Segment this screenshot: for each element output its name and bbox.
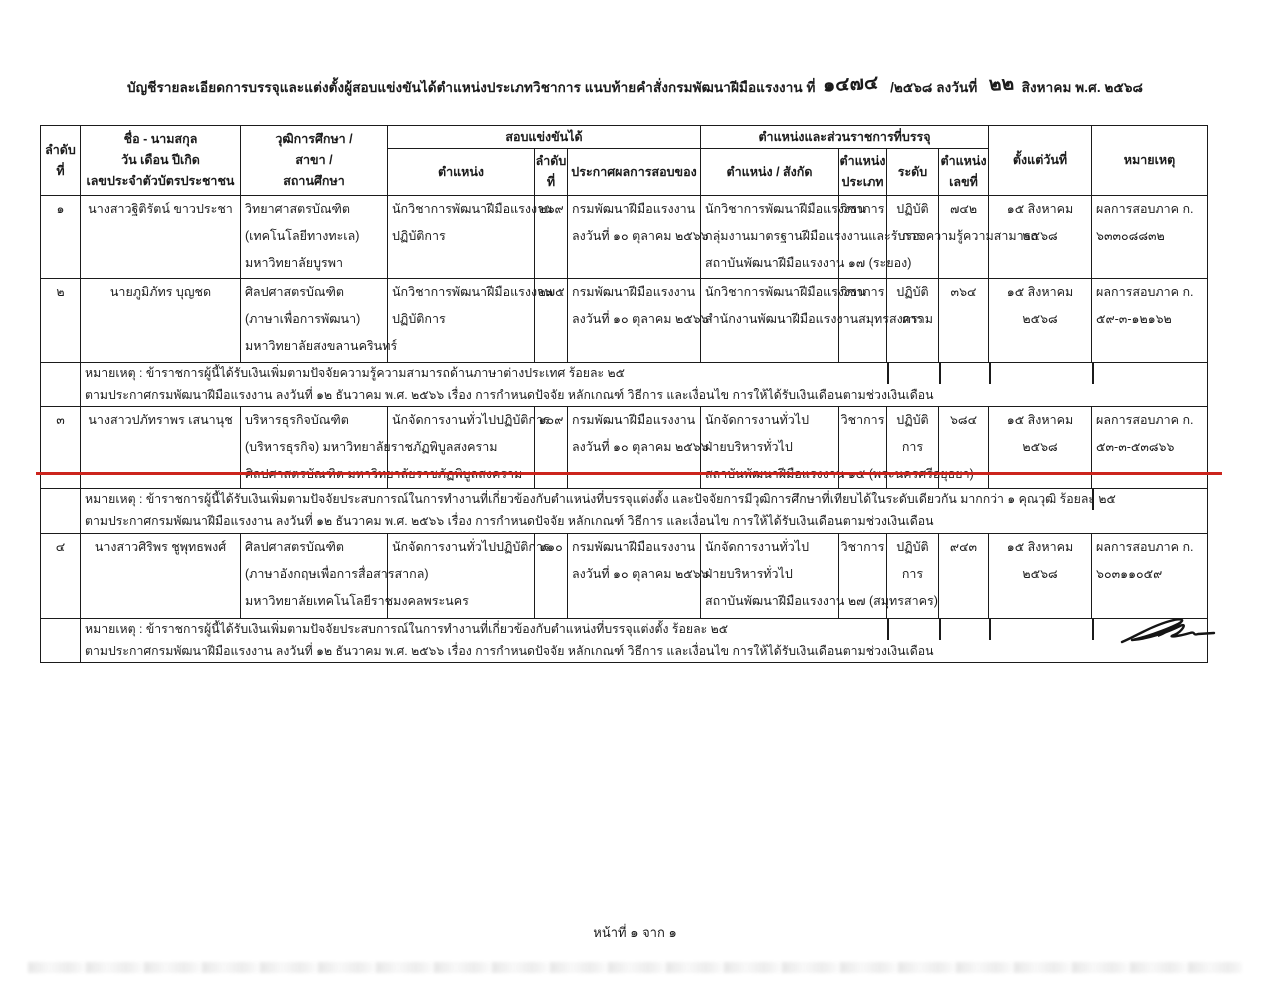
cell-name: นางสาวฐิติรัตน์ ขาวประชา (81, 196, 241, 279)
cell-remark: ผลการสอบภาค ก. ๕๓-๓-๕๓๘๖๖ (1092, 407, 1208, 489)
col-header-appoint-position: ตำแหน่ง / สังกัด (701, 149, 839, 196)
cell-appoint-position: นักวิชาการพัฒนาฝีมือแรงงาน สำนักงานพัฒนา… (701, 279, 839, 363)
group-header-appointment: ตำแหน่งและส่วนราชการที่บรรจุ (701, 126, 989, 149)
col-header-remark: หมายเหตุ (1092, 126, 1208, 196)
cell-name: นายภูมิภัทร บุญชด (81, 279, 241, 363)
cell-exam-position: นักวิชาการพัฒนาฝีมือแรงงาน ปฏิบัติการ (388, 279, 535, 363)
title-middle: /๒๕๖๘ ลงวันที่ (890, 80, 977, 95)
col-header-name: ชื่อ - นามสกุล วัน เดือน ปีเกิด เลขประจำ… (81, 126, 241, 196)
title-prefix: บัญชีรายละเอียดการบรรจุและแต่งตั้งผู้สอบ… (127, 80, 816, 95)
appointment-table: ลำดับ ที่ ชื่อ - นามสกุล วัน เดือน ปีเกิ… (40, 125, 1208, 663)
note-cell: หมายเหตุ : ข้าราชการผู้นี้ได้รับเงินเพิ่… (81, 363, 1208, 407)
signature-scribble (1118, 606, 1220, 652)
cell-exam-announce: กรมพัฒนาฝีมือแรงงาน ลงวันที่ ๑๐ ตุลาคม ๒… (568, 407, 701, 489)
cell-exam-rank: ๑๑๐ (535, 534, 568, 619)
cell-effective-date: ๑๕ สิงหาคม ๒๕๖๘ (989, 279, 1092, 363)
note-row: หมายเหตุ : ข้าราชการผู้นี้ได้รับเงินเพิ่… (41, 489, 1208, 534)
document-title: บัญชีรายละเอียดการบรรจุและแต่งตั้งผู้สอบ… (0, 76, 1270, 98)
table-row: ๓ นางสาวปภัทราพร เสนานุช บริหารธุรกิจบัณ… (41, 407, 1208, 489)
border-stub (939, 363, 941, 384)
cell-name: นางสาวศิริพร ชูพุทธพงศ์ (81, 534, 241, 619)
border-stub (887, 363, 889, 384)
border-stub (1092, 489, 1094, 510)
col-header-type: ตำแหน่ง ประเภท (839, 149, 887, 196)
cell-appoint-position: นักจัดการงานทั่วไป ฝ่ายบริหารทั่วไป สถาบ… (701, 407, 839, 489)
cell-position-no: ๓๖๔ (939, 279, 989, 363)
cell-exam-announce: กรมพัฒนาฝีมือแรงงาน ลงวันที่ ๑๐ ตุลาคม ๒… (568, 534, 701, 619)
col-header-exam-position: ตำแหน่ง (388, 149, 535, 196)
cell-education: บริหารธุรกิจบัณฑิต (บริหารธุรกิจ) มหาวิท… (241, 407, 388, 489)
col-header-exam-rank: ลำดับ ที่ (535, 149, 568, 196)
scanned-document-page: บัญชีรายละเอียดการบรรจุและแต่งตั้งผู้สอบ… (0, 0, 1270, 981)
note-row: หมายเหตุ : ข้าราชการผู้นี้ได้รับเงินเพิ่… (41, 363, 1208, 407)
cell-education: วิทยาศาสตรบัณฑิต (เทคโนโลยีทางทะเล) มหาว… (241, 196, 388, 279)
cell-no: ๒ (41, 279, 81, 363)
handwritten-doc-number: ๑๔๗๔ (822, 74, 878, 96)
cell-exam-rank: ๒๖๙ (535, 196, 568, 279)
border-stub (887, 619, 889, 640)
cell-exam-position: นักวิชาการพัฒนาฝีมือแรงงาน ปฏิบัติการ (388, 196, 535, 279)
cell-remark: ผลการสอบภาค ก. ๕๙-๓-๑๒๑๖๒ (1092, 279, 1208, 363)
cell-remark: ผลการสอบภาค ก. ๖๓๓๐๘๘๓๒ (1092, 196, 1208, 279)
cell-no: ๑ (41, 196, 81, 279)
cell-exam-rank: ๑๐๙ (535, 407, 568, 489)
page-number: หน้าที่ ๑ จาก ๑ (0, 922, 1270, 943)
cell-education: ศิลปศาสตรบัณฑิต (ภาษาเพื่อการพัฒนา) มหาว… (241, 279, 388, 363)
col-header-education: วุฒิการศึกษา / สาขา / สถานศึกษา (241, 126, 388, 196)
handwritten-day: ๒๒ (989, 74, 1015, 94)
col-header-position-no: ตำแหน่ง เลขที่ (939, 149, 989, 196)
group-header-exam: สอบแข่งขันได้ (388, 126, 701, 149)
cell-education: ศิลปศาสตรบัณฑิต (ภาษาอังกฤษเพื่อการสื่อส… (241, 534, 388, 619)
scan-bleed-artifact (28, 962, 1242, 973)
cell-no: ๓ (41, 407, 81, 489)
note-cell: หมายเหตุ : ข้าราชการผู้นี้ได้รับเงินเพิ่… (81, 619, 1208, 663)
note-row: หมายเหตุ : ข้าราชการผู้นี้ได้รับเงินเพิ่… (41, 619, 1208, 663)
cell-name: นางสาวปภัทราพร เสนานุช (81, 407, 241, 489)
table-row: ๔ นางสาวศิริพร ชูพุทธพงศ์ ศิลปศาสตรบัณฑิ… (41, 534, 1208, 619)
note-left-spacer (41, 489, 81, 534)
table-row: ๑ นางสาวฐิติรัตน์ ขาวประชา วิทยาศาสตรบัณ… (41, 196, 1208, 279)
border-stub (939, 619, 941, 640)
col-header-no: ลำดับ ที่ (41, 126, 81, 196)
title-suffix: สิงหาคม พ.ศ. ๒๕๖๘ (1022, 80, 1143, 95)
cell-exam-rank: ๒๗๕ (535, 279, 568, 363)
cell-appoint-position: นักวิชาการพัฒนาฝีมือแรงงาน กลุ่มงานมาตรฐ… (701, 196, 839, 279)
note-cell: หมายเหตุ : ข้าราชการผู้นี้ได้รับเงินเพิ่… (81, 489, 1208, 534)
cell-exam-announce: กรมพัฒนาฝีมือแรงงาน ลงวันที่ ๑๐ ตุลาคม ๒… (568, 279, 701, 363)
cell-effective-date: ๑๕ สิงหาคม ๒๕๖๘ (989, 407, 1092, 489)
border-stub (1092, 363, 1094, 384)
border-stub (989, 363, 991, 384)
note-left-spacer (41, 363, 81, 407)
red-underline-marker (36, 472, 1222, 475)
border-stub (989, 619, 991, 640)
note-left-spacer (41, 619, 81, 663)
col-header-exam-announce: ประกาศผลการสอบของ (568, 149, 701, 196)
border-stub (1092, 619, 1094, 640)
cell-effective-date: ๑๕ สิงหาคม ๒๕๖๘ (989, 534, 1092, 619)
table-row: ๒ นายภูมิภัทร บุญชด ศิลปศาสตรบัณฑิต (ภาษ… (41, 279, 1208, 363)
col-header-level: ระดับ (887, 149, 939, 196)
col-header-effective-date: ตั้งแต่วันที่ (989, 126, 1092, 196)
cell-appoint-position: นักจัดการงานทั่วไป ฝ่ายบริหารทั่วไป สถาบ… (701, 534, 839, 619)
cell-position-no: ๙๔๓ (939, 534, 989, 619)
cell-no: ๔ (41, 534, 81, 619)
cell-exam-announce: กรมพัฒนาฝีมือแรงงาน ลงวันที่ ๑๐ ตุลาคม ๒… (568, 196, 701, 279)
